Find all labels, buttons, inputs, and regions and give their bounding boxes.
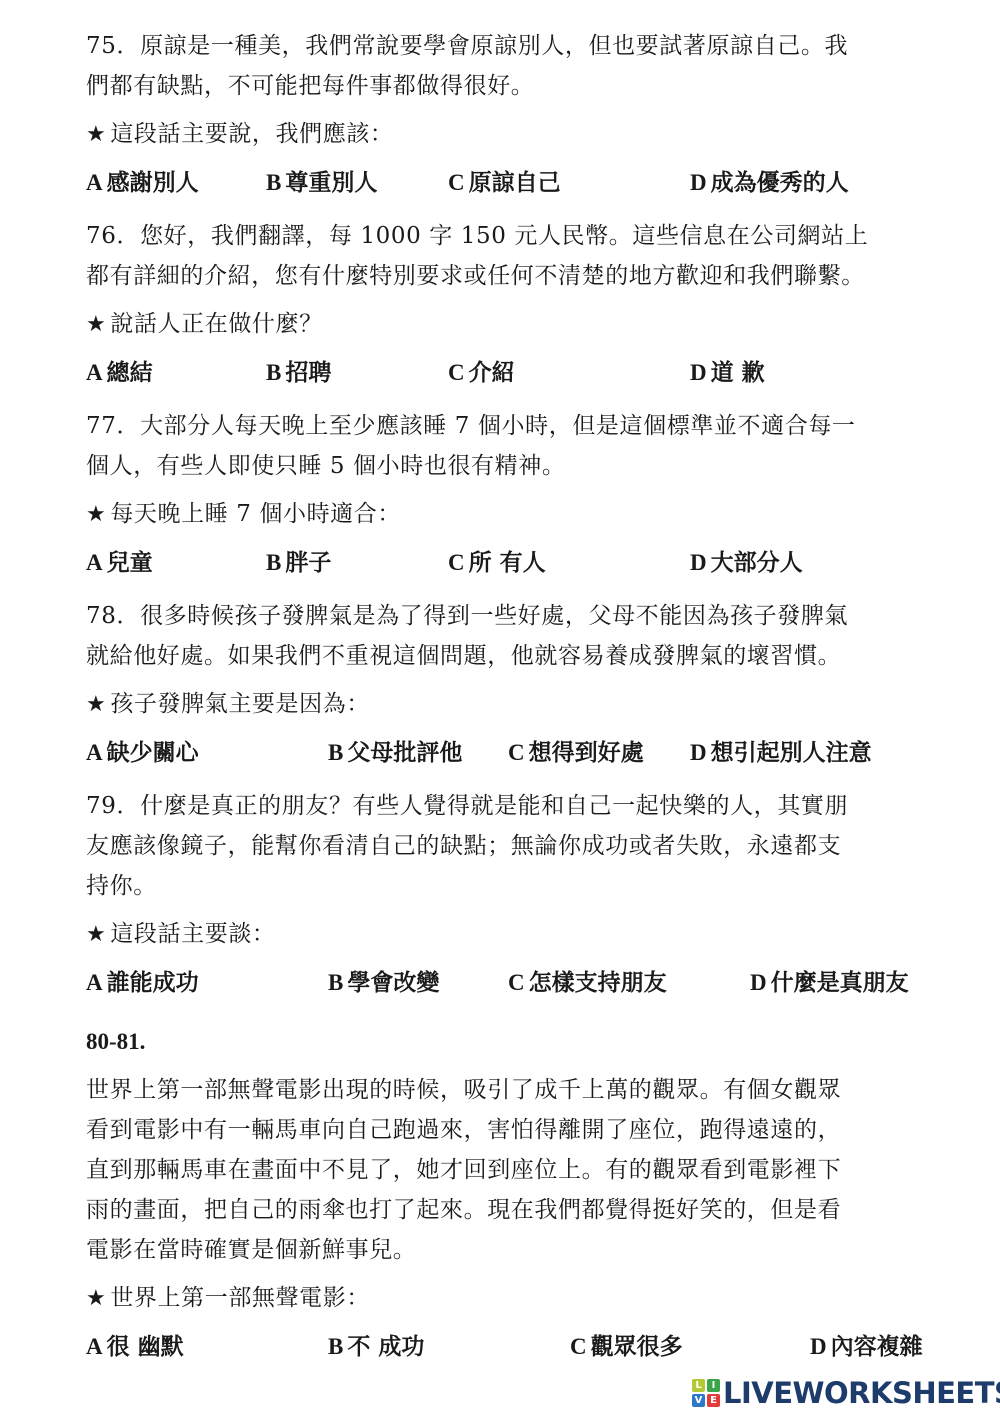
- option-text: 誰能成功: [107, 969, 199, 996]
- option-text: 感謝別人: [107, 169, 199, 196]
- option-letter: D: [810, 1334, 827, 1359]
- liveworksheets-logo: L I V E LIVEWORKSHEETS: [692, 1377, 1000, 1409]
- option-d[interactable]: D想引起別人注意: [690, 733, 872, 773]
- logo-letter-e: E: [707, 1394, 720, 1407]
- option-letter: D: [750, 970, 767, 995]
- question-passage: 75．原諒是一種美，我們常說要學會原諒別人，但也要試著原諒自己。我 們都有缺點，…: [86, 26, 966, 106]
- option-d[interactable]: D內容複雜: [810, 1327, 923, 1367]
- option-a[interactable]: A兒童: [86, 543, 153, 583]
- option-text: 尊重別人: [285, 169, 377, 196]
- option-text: 什麼是真朋友: [771, 969, 909, 996]
- option-letter: A: [86, 550, 103, 575]
- option-letter: C: [508, 740, 525, 765]
- prompt-text: 這段話主要說，我們應該：: [110, 121, 393, 147]
- option-text: 所 有人: [469, 549, 546, 576]
- option-d[interactable]: D道 歉: [690, 353, 765, 393]
- option-b[interactable]: B學會改變: [328, 963, 439, 1003]
- option-text: 道 歉: [711, 359, 765, 386]
- prompt-text: 世界上第一部無聲電影：: [110, 1285, 370, 1311]
- options-row: A總結 B招聘 C介紹 D道 歉: [86, 353, 966, 393]
- question-prompt: ★這段話主要談：: [86, 914, 966, 955]
- question-76: 76．您好，我們翻譯，每 1000 字 150 元人民幣。這些信息在公司網站上 …: [86, 216, 966, 393]
- option-c[interactable]: C所 有人: [448, 543, 546, 583]
- option-d[interactable]: D什麼是真朋友: [750, 963, 909, 1003]
- question-78: 78．很多時候孩子發脾氣是為了得到一些好處，父母不能因為孩子發脾氣 就給他好處。…: [86, 596, 966, 773]
- logo-text: LIVEWORKSHEETS: [723, 1376, 1000, 1410]
- option-letter: D: [690, 740, 707, 765]
- option-letter: B: [266, 170, 281, 195]
- question-79: 79．什麼是真正的朋友？有些人覺得就是能和自己一起快樂的人，其實朋 友應該像鏡子…: [86, 786, 966, 1003]
- option-text: 大部分人: [711, 549, 803, 576]
- question-passage: 78．很多時候孩子發脾氣是為了得到一些好處，父母不能因為孩子發脾氣 就給他好處。…: [86, 596, 966, 676]
- option-letter: C: [448, 360, 465, 385]
- option-text: 成為優秀的人: [711, 169, 849, 196]
- option-text: 兒童: [107, 549, 153, 576]
- option-a[interactable]: A很 幽默: [86, 1327, 184, 1367]
- question-80-81: 80-81. 世界上第一部無聲電影出現的時候，吸引了成千上萬的觀眾。有個女觀眾 …: [86, 1022, 966, 1367]
- option-letter: D: [690, 170, 707, 195]
- option-text: 父母批評他: [347, 739, 462, 766]
- option-a[interactable]: A缺少關心: [86, 733, 199, 773]
- option-b[interactable]: B尊重別人: [266, 163, 377, 203]
- option-letter: A: [86, 970, 103, 995]
- star-icon: ★: [86, 312, 106, 337]
- option-c[interactable]: C原諒自己: [448, 163, 561, 203]
- option-text: 觀眾很多: [591, 1333, 683, 1360]
- option-text: 招聘: [285, 359, 331, 386]
- option-letter: A: [86, 360, 103, 385]
- option-d[interactable]: D大部分人: [690, 543, 803, 583]
- logo-live-icon: L I V E: [692, 1379, 720, 1407]
- option-text: 很 幽默: [107, 1333, 184, 1360]
- option-text: 學會改變: [347, 969, 439, 996]
- option-c[interactable]: C觀眾很多: [570, 1327, 683, 1367]
- option-letter: A: [86, 170, 103, 195]
- question-prompt: ★每天晚上睡 7 個小時適合：: [86, 494, 966, 535]
- option-letter: A: [86, 740, 103, 765]
- option-a[interactable]: A感謝別人: [86, 163, 199, 203]
- option-text: 介紹: [469, 359, 515, 386]
- option-text: 內容複雜: [831, 1333, 923, 1360]
- option-d[interactable]: D成為優秀的人: [690, 163, 849, 203]
- option-c[interactable]: C想得到好處: [508, 733, 644, 773]
- option-letter: D: [690, 550, 707, 575]
- option-text: 想引起別人注意: [711, 739, 872, 766]
- section-heading: 80-81.: [86, 1022, 966, 1062]
- option-a[interactable]: A誰能成功: [86, 963, 199, 1003]
- option-letter: B: [266, 550, 281, 575]
- option-b[interactable]: B父母批評他: [328, 733, 462, 773]
- options-row: A很 幽默 B不 成功 C觀眾很多 D內容複雜: [86, 1327, 966, 1367]
- option-b[interactable]: B胖子: [266, 543, 331, 583]
- star-icon: ★: [86, 1286, 106, 1311]
- prompt-text: 這段話主要談：: [110, 921, 275, 947]
- question-prompt: ★說話人正在做什麼？: [86, 304, 966, 345]
- question-75: 75．原諒是一種美，我們常說要學會原諒別人，但也要試著原諒自己。我 們都有缺點，…: [86, 26, 966, 203]
- question-prompt: ★這段話主要說，我們應該：: [86, 114, 966, 155]
- option-c[interactable]: C怎樣支持朋友: [508, 963, 667, 1003]
- option-text: 想得到好處: [529, 739, 644, 766]
- star-icon: ★: [86, 122, 106, 147]
- option-text: 缺少關心: [107, 739, 199, 766]
- question-77: 77．大部分人每天晚上至少應該睡 7 個小時，但是這個標準並不適合每一 個人，有…: [86, 406, 966, 583]
- option-letter: B: [266, 360, 281, 385]
- question-prompt: ★孩子發脾氣主要是因為：: [86, 684, 966, 725]
- prompt-text: 每天晚上睡 7 個小時適合：: [110, 501, 401, 527]
- option-b[interactable]: B招聘: [266, 353, 331, 393]
- logo-letter-l: L: [692, 1379, 705, 1392]
- option-letter: A: [86, 1334, 103, 1359]
- option-letter: C: [508, 970, 525, 995]
- logo-letter-i: I: [707, 1379, 720, 1392]
- option-text: 總結: [107, 359, 153, 386]
- star-icon: ★: [86, 692, 106, 717]
- option-b[interactable]: B不 成功: [328, 1327, 424, 1367]
- question-passage: 77．大部分人每天晚上至少應該睡 7 個小時，但是這個標準並不適合每一 個人，有…: [86, 406, 966, 486]
- options-row: A誰能成功 B學會改變 C怎樣支持朋友 D什麼是真朋友: [86, 963, 966, 1003]
- options-row: A缺少關心 B父母批評他 C想得到好處 D想引起別人注意: [86, 733, 966, 773]
- option-text: 怎樣支持朋友: [529, 969, 667, 996]
- question-passage: 世界上第一部無聲電影出現的時候，吸引了成千上萬的觀眾。有個女觀眾 看到電影中有一…: [86, 1070, 966, 1270]
- logo-letter-v: V: [692, 1394, 705, 1407]
- option-letter: C: [448, 170, 465, 195]
- option-text: 原諒自己: [469, 169, 561, 196]
- question-passage: 79．什麼是真正的朋友？有些人覺得就是能和自己一起快樂的人，其實朋 友應該像鏡子…: [86, 786, 966, 906]
- question-passage: 76．您好，我們翻譯，每 1000 字 150 元人民幣。這些信息在公司網站上 …: [86, 216, 966, 296]
- star-icon: ★: [86, 502, 106, 527]
- options-row: A感謝別人 B尊重別人 C原諒自己 D成為優秀的人: [86, 163, 966, 203]
- option-letter: D: [690, 360, 707, 385]
- option-text: 胖子: [285, 549, 331, 576]
- option-a[interactable]: A總結: [86, 353, 153, 393]
- option-letter: C: [570, 1334, 587, 1359]
- option-c[interactable]: C介紹: [448, 353, 515, 393]
- option-letter: C: [448, 550, 465, 575]
- option-letter: B: [328, 1334, 343, 1359]
- question-prompt: ★世界上第一部無聲電影：: [86, 1278, 966, 1319]
- star-icon: ★: [86, 922, 106, 947]
- option-letter: B: [328, 740, 343, 765]
- prompt-text: 孩子發脾氣主要是因為：: [110, 691, 370, 717]
- options-row: A兒童 B胖子 C所 有人 D大部分人: [86, 543, 966, 583]
- prompt-text: 說話人正在做什麼？: [110, 311, 322, 337]
- option-letter: B: [328, 970, 343, 995]
- option-text: 不 成功: [347, 1333, 424, 1360]
